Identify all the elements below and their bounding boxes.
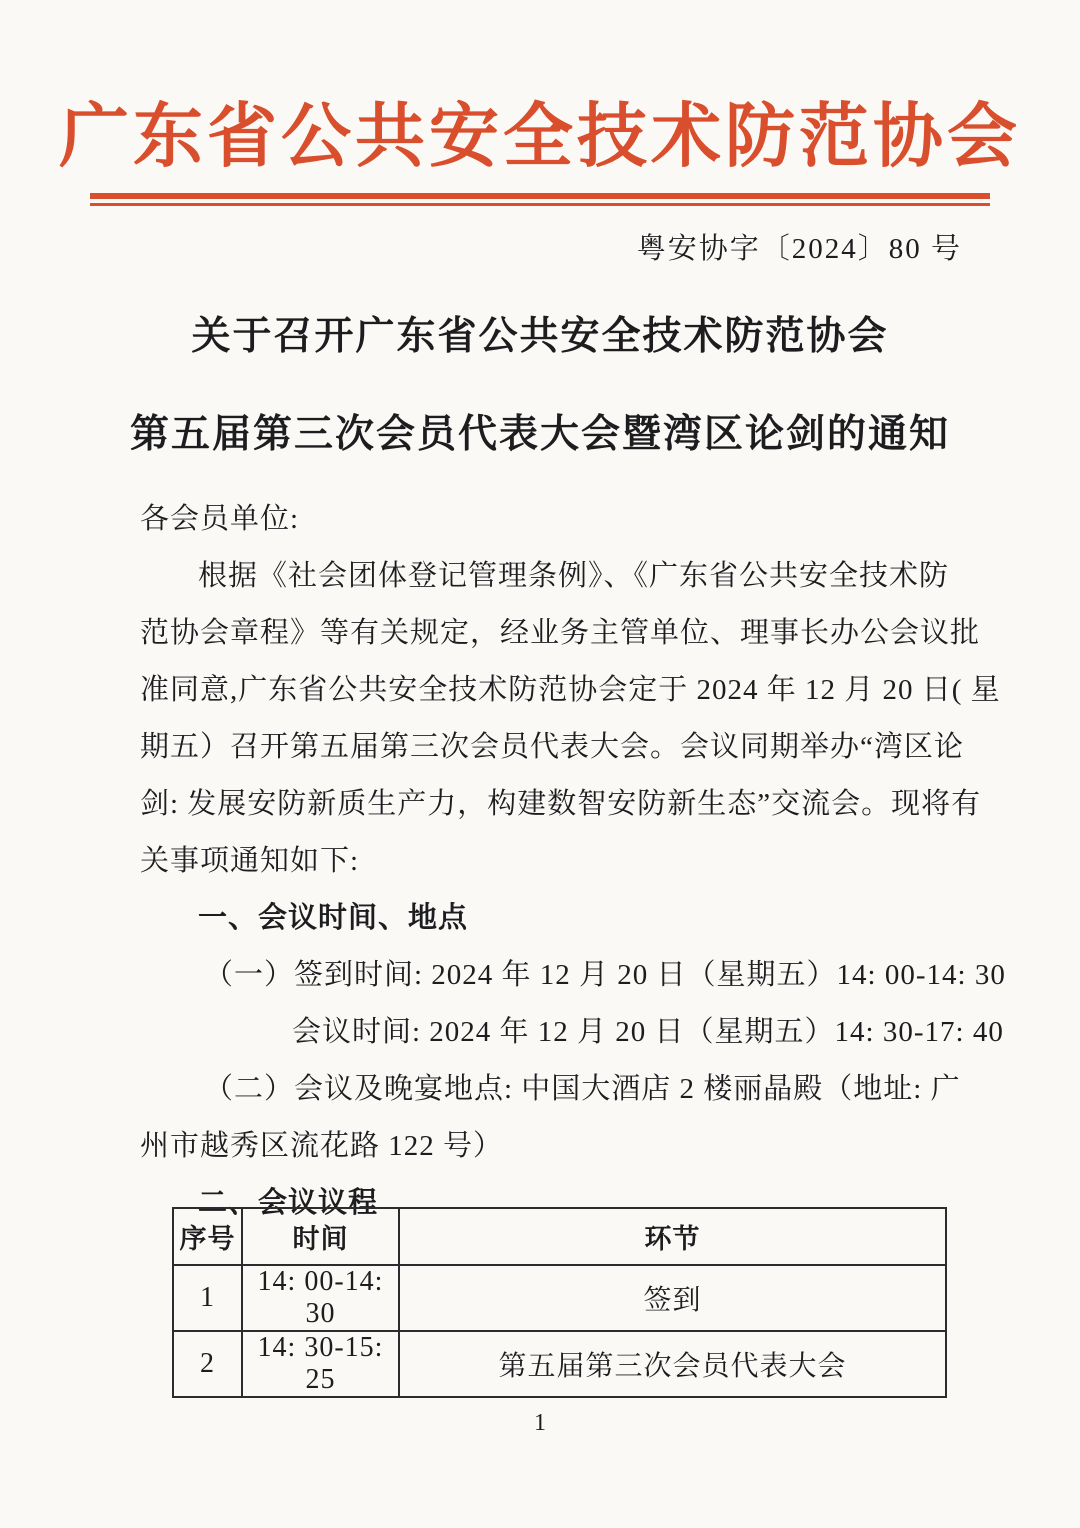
table-row: 2 14: 30-15: 25 第五届第三次会员代表大会 (173, 1331, 946, 1397)
venue-line-1: （二）会议及晚宴地点: 中国大酒店 2 楼丽晶殿（地址: 广 (140, 1061, 965, 1118)
document-body: 各会员单位: 根据《社会团体登记管理条例》、《广东省公共安全技术防 范协会章程》… (140, 491, 965, 1232)
paragraph-line: 范协会章程》等有关规定，经业务主管单位、理事长办公会议批 (140, 605, 965, 662)
paragraph-line: 期五）召开第五届第三次会员代表大会。会议同期举办“湾区论 (140, 719, 965, 776)
document-title-line2: 第五届第三次会员代表大会暨湾区论剑的通知 (0, 403, 1080, 459)
agenda-header-time: 时间 (242, 1208, 399, 1265)
divider-thick-line (90, 193, 990, 199)
agenda-cell-time: 14: 00-14: 30 (242, 1265, 399, 1331)
document-title-line1: 关于召开广东省公共安全技术防范协会 (0, 305, 1080, 361)
paragraph-line: 准同意,广东省公共安全技术防范协会定于 2024 年 12 月 20 日( 星 (140, 662, 965, 719)
agenda-cell-item: 第五届第三次会员代表大会 (399, 1331, 946, 1397)
paragraph-line: 根据《社会团体登记管理条例》、《广东省公共安全技术防 (140, 548, 965, 605)
document-number: 粤安协字〔2024〕80 号 (0, 226, 1080, 267)
page-number: 1 (0, 1410, 1080, 1437)
table-row: 1 14: 00-14: 30 签到 (173, 1265, 946, 1331)
paragraph-line: 关事项通知如下: (140, 833, 965, 890)
agenda-cell-time: 14: 30-15: 25 (242, 1331, 399, 1397)
agenda-cell-index: 1 (173, 1265, 242, 1331)
agenda-cell-item: 签到 (399, 1265, 946, 1331)
sign-in-time-line: （一）签到时间: 2024 年 12 月 20 日（星期五）14: 00-14:… (140, 947, 965, 1004)
paragraph-line: 剑: 发展安防新质生产力，构建数智安防新生态”交流会。现将有 (140, 776, 965, 833)
letterhead-divider (90, 193, 990, 206)
agenda-header-index: 序号 (173, 1208, 242, 1265)
agenda-header-item: 环节 (399, 1208, 946, 1265)
agenda-header-row: 序号 时间 环节 (173, 1208, 946, 1265)
meeting-time-line: 会议时间: 2024 年 12 月 20 日（星期五）14: 30-17: 40 (140, 1004, 965, 1061)
divider-thin-line (90, 203, 990, 206)
agenda-table: 序号 时间 环节 1 14: 00-14: 30 签到 2 14: 30-15:… (172, 1207, 947, 1398)
venue-line-2: 州市越秀区流花路 122 号） (140, 1118, 965, 1175)
agenda-cell-index: 2 (173, 1331, 242, 1397)
salutation: 各会员单位: (140, 491, 965, 548)
document-page: 广东省公共安全技术防范协会 粤安协字〔2024〕80 号 关于召开广东省公共安全… (0, 0, 1080, 1528)
letterhead-org-name: 广东省公共安全技术防范协会 (0, 0, 1080, 179)
section1-heading: 一、会议时间、地点 (140, 890, 965, 947)
